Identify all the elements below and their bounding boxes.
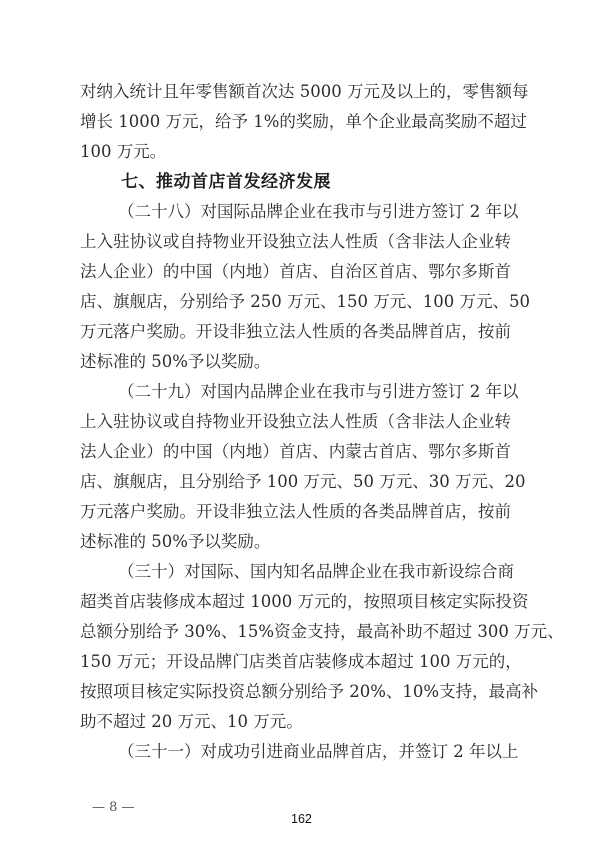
text-line: 上入驻协议或自持物业开设独立法人性质（含非法人企业转: [80, 231, 511, 253]
text-line: 店、旗舰店，分别给予 250 万元、150 万元、100 万元、50: [80, 291, 511, 313]
text-line: 述标准的 50%予以奖励。: [80, 351, 511, 373]
text-line: 增长 1000 万元，给予 1%的奖励，单个企业最高奖励不超过: [80, 111, 511, 133]
text-line: 万元落户奖励。开设非独立法人性质的各类品牌首店，按前: [80, 501, 511, 523]
text-line: 助不超过 20 万元、10 万元。: [80, 711, 511, 733]
text-line: 法人企业）的中国（内地）首店、自治区首店、鄂尔多斯首: [80, 261, 511, 283]
text-line: 150 万元；开设品牌门店类首店装修成本超过 100 万元的，: [80, 651, 511, 673]
text-line: 对纳入统计且年零售额首次达 5000 万元及以上的，零售额每: [80, 81, 511, 103]
text-line: 100 万元。: [80, 141, 511, 163]
text-line: 总额分别给予 30%、15%资金支持，最高补助不超过 300 万元、: [80, 621, 511, 643]
text-line: （三十）对国际、国内知名品牌企业在我市新设综合商: [118, 561, 511, 583]
text-line: （二十八）对国际品牌企业在我市与引进方签订 2 年以: [118, 201, 511, 223]
sheet-number: 162: [291, 812, 312, 826]
document-page: — 8 — 162 对纳入统计且年零售额首次达 5000 万元及以上的，零售额每…: [0, 0, 600, 848]
page-number-label: — 8 —: [92, 800, 135, 815]
text-line: 按照项目核定实际投资总额分别给予 20%、10%支持，最高补: [80, 681, 511, 703]
text-line: 上入驻协议或自持物业开设独立法人性质（含非法人企业转: [80, 411, 511, 433]
text-line: 超类首店装修成本超过 1000 万元的，按照项目核定实际投资: [80, 591, 511, 613]
text-line: 法人企业）的中国（内地）首店、内蒙古首店、鄂尔多斯首: [80, 441, 511, 463]
text-line: 述标准的 50%予以奖励。: [80, 531, 511, 553]
text-line: 店、旗舰店，且分别给予 100 万元、50 万元、30 万元、20: [80, 471, 511, 493]
text-line: 万元落户奖励。开设非独立法人性质的各类品牌首店，按前: [80, 321, 511, 343]
section-heading: 七、推动首店首发经济发展: [121, 171, 331, 193]
text-line: （二十九）对国内品牌企业在我市与引进方签订 2 年以: [118, 381, 511, 403]
text-line: （三十一）对成功引进商业品牌首店，并签订 2 年以上: [118, 741, 511, 763]
